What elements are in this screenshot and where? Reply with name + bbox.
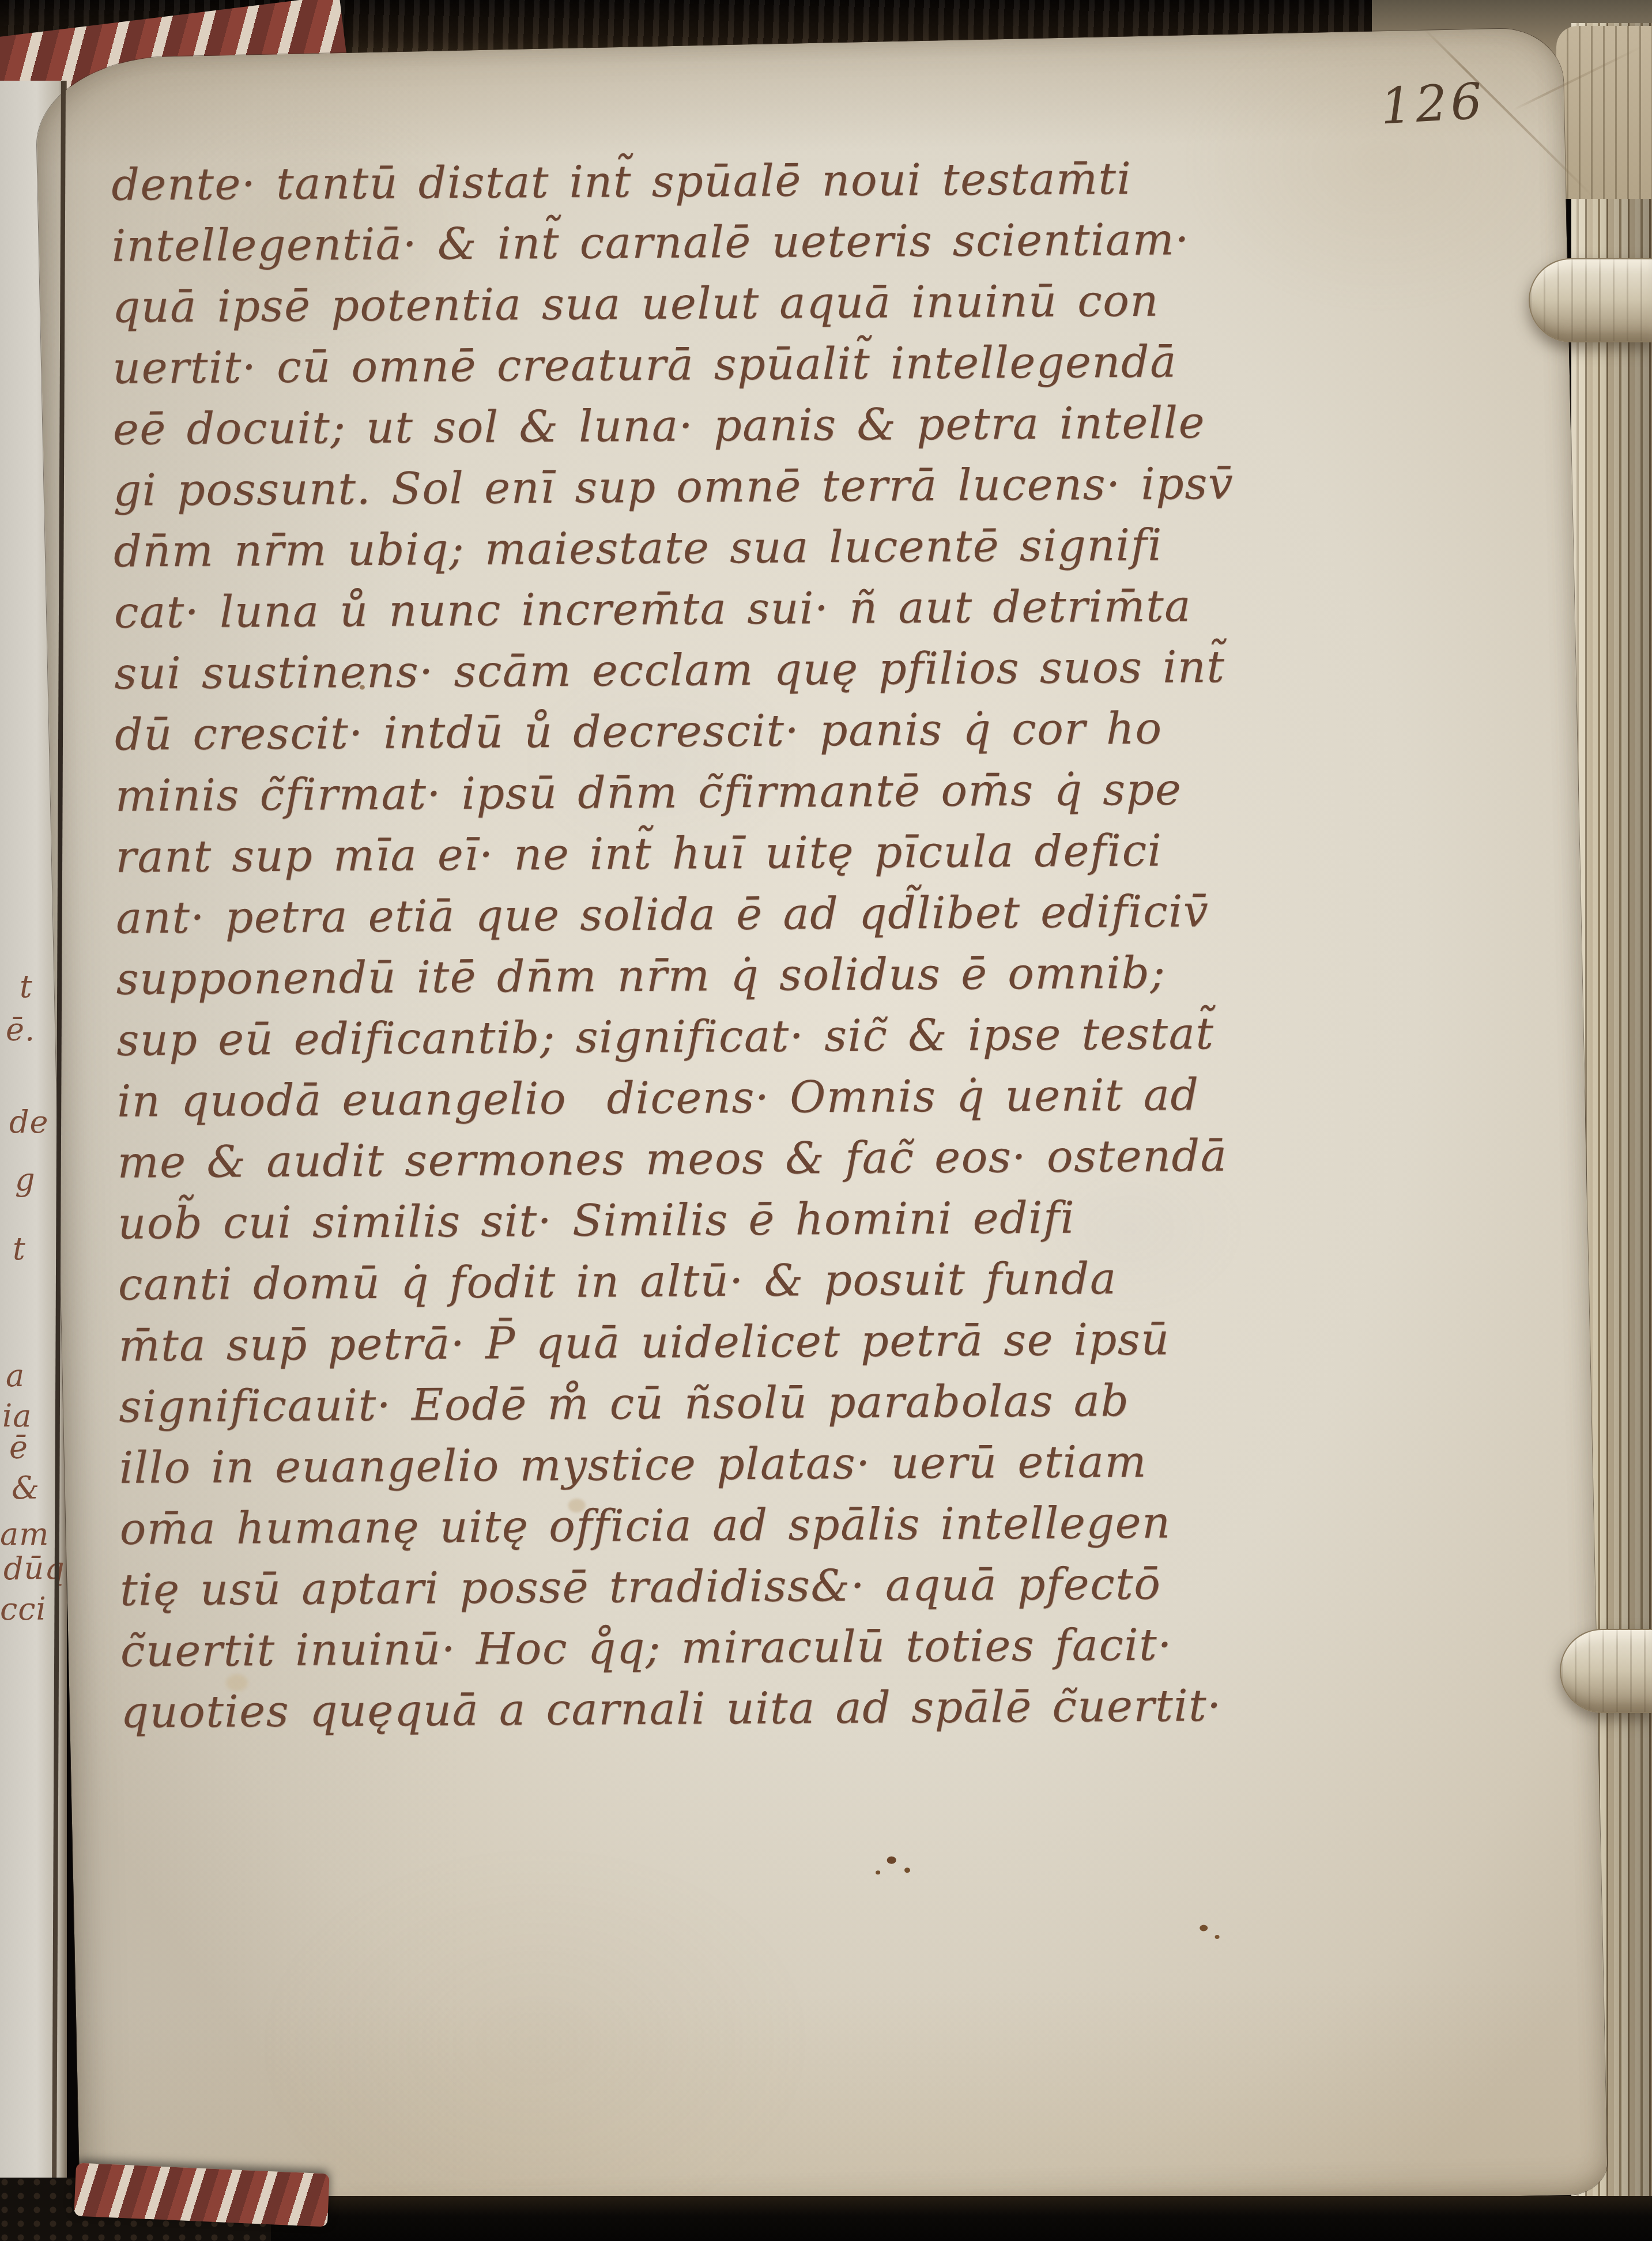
margin-fragment: & — [12, 1470, 40, 1506]
parchment-index-tab-lower — [1560, 1629, 1652, 1713]
margin-fragment: t — [20, 968, 33, 1005]
margin-fragment: de — [9, 1104, 49, 1140]
manuscript-page: 126 dente· tantū distat int̃ spūalē noui… — [35, 28, 1608, 2227]
text-line: intellegentiā· & int̃ carnalē ueteris sc… — [112, 208, 1271, 276]
text-line: ant· petra etiā que solida ē ad qd̃libet… — [116, 880, 1275, 948]
text-line: m̄ta sup̄ petrā· P̄ quā uidelicet petrā … — [118, 1308, 1277, 1376]
text-line: gi possunt. Sol enī sup omnē terrā lucen… — [113, 452, 1272, 520]
text-line: minis c̃firmat· ipsū dn̄m c̃firmantē om̄… — [115, 758, 1274, 826]
text-line: tię usū aptari possē tradidiss&· aquā pf… — [120, 1552, 1279, 1620]
text-line: dn̄m nr̄m ubiq; maiestate sua lucentē si… — [114, 514, 1273, 582]
ink-stain — [876, 1870, 880, 1874]
margin-fragment: t — [13, 1231, 26, 1267]
text-line: uertit· cū omnē creaturā spūalit̃ intell… — [112, 330, 1272, 398]
margin-fragment: a — [6, 1357, 25, 1394]
text-line: illo in euangelio mystice platas· uerū e… — [119, 1430, 1278, 1498]
margin-fragment: ē — [9, 1429, 28, 1466]
text-line: supponendū itē dn̄m nr̄m q̇ solidus ē om… — [116, 941, 1275, 1009]
ink-stain — [904, 1867, 910, 1873]
text-line: c̃uertit inuinū· Hoc q̊q; miraculū totie… — [120, 1613, 1279, 1681]
text-line: me & audit sermones meos & fac̃ eos· ost… — [117, 1125, 1276, 1193]
margin-fragment: am — [0, 1516, 49, 1552]
text-line: cat· luna ů nunc increm̄ta sui· ñ aut de… — [114, 575, 1273, 643]
text-line: dū crescit· intdū ů decrescit· panis q̇ … — [115, 697, 1274, 765]
margin-fragment: g — [15, 1161, 36, 1198]
fore-edge-corner-steps — [1556, 26, 1652, 199]
text-line: quā ipsē potentia sua uelut aquā inuinū … — [112, 269, 1271, 337]
manuscript-photograph: tē.degtaiaē&amdūq'cci 126 dente· tantū d… — [0, 0, 1652, 2241]
margin-fragment: ē. — [6, 1012, 35, 1048]
text-line: significauit· Eodē m̊ cū ñsolū parabolas… — [119, 1369, 1278, 1437]
margin-fragment: ia — [2, 1398, 32, 1434]
margin-fragment: cci — [0, 1591, 47, 1627]
text-line: quoties quęquā a carnali uita ad spālē c… — [120, 1674, 1280, 1742]
text-line: uob̃ cui similis sit· Similis ē homini e… — [118, 1186, 1277, 1254]
ink-stain — [887, 1857, 896, 1864]
text-line: rant sup mīa eī· ne int̃ huī uitę pīcula… — [115, 819, 1274, 887]
ink-stain — [1215, 1935, 1220, 1939]
parchment-index-tab-upper — [1529, 258, 1652, 342]
text-line: sui sustinens· scām ecclam quę pfilios s… — [114, 636, 1273, 704]
text-line: om̄a humanę uitę officia ad spālis intel… — [119, 1491, 1278, 1559]
text-line: eē docuit; ut sol & luna· panis & petra … — [113, 391, 1272, 459]
text-block: dente· tantū distat int̃ spūalē noui tes… — [111, 147, 1280, 1742]
text-line: in quodā euangelio dicens· Omnis q̇ ueni… — [117, 1063, 1276, 1131]
ink-stain — [1200, 1925, 1208, 1931]
folio-number: 126 — [1379, 72, 1487, 135]
text-line: sup eū edificantib; significat· sic̃ & i… — [116, 1002, 1276, 1070]
text-line: dente· tantū distat int̃ spūalē noui tes… — [111, 147, 1270, 215]
tailband-red-white — [74, 2163, 330, 2227]
text-line: canti domū q̇ fodit in altū· & posuit fu… — [118, 1247, 1277, 1315]
